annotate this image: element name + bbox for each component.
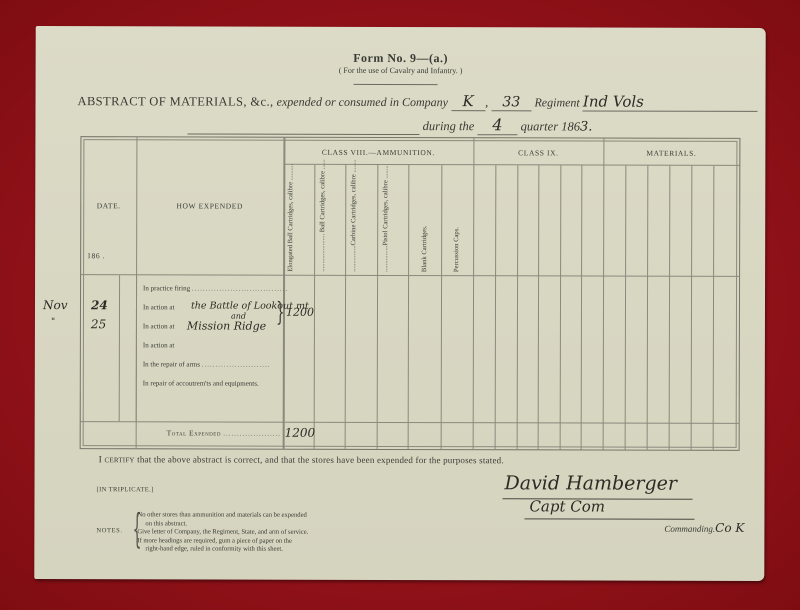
commanding-line: Commanding.Co K [664,521,744,535]
divider [408,165,410,449]
signature-title[interactable]: Capt Com [529,497,605,515]
row-action-1: In action at [143,303,175,311]
day-entry[interactable]: 24 [91,298,108,312]
day-entry[interactable]: 25 [91,317,106,331]
class-ix-header: CLASS IX. [473,148,603,157]
class-viii-header: CLASS VIII.—AMMUNITION. [283,148,473,157]
divider [119,275,120,421]
action-location-entry[interactable]: Mission Ridge [187,319,266,332]
percussion-caps-header: Percussion Caps. [452,168,464,272]
divider [473,138,475,449]
total-expended-value[interactable]: 1200 [285,426,316,440]
signature[interactable]: David Hamberger [505,472,678,494]
regiment-field[interactable]: Ind Vols [583,92,758,111]
quarter-label: quarter 186 [521,119,580,133]
notes-list: No other stores than ammunition and mate… [137,511,377,555]
divider [354,84,438,85]
divider [81,421,739,424]
total-expended-label: Total Expended ..................... [167,428,281,437]
divider [625,166,627,450]
row-practice-firing: In practice firing .....................… [143,284,288,292]
blank-cartridges-header: Blank Cartridges. [420,168,432,272]
divider [283,138,286,449]
divider [603,139,605,450]
divider [691,166,693,450]
divider [136,275,137,421]
form-document: Form No. 9—(a.) ( For the use of Cavalry… [34,26,765,581]
note-item: right-hand edge, ruled in conformity wit… [137,546,377,555]
ball-cartridges-header: ....................... Ball Cartridges,… [318,168,344,272]
company-field[interactable]: K [451,92,485,111]
divider [581,165,583,449]
commanding-label: Commanding. [664,524,715,534]
commanding-value[interactable]: Co K [715,521,744,535]
note-item: No other stores than ammunition and mate… [137,511,377,520]
divider [81,274,739,277]
materials-header: MATERIALS. [603,149,739,158]
regiment-number-field[interactable]: 33 [491,94,531,111]
note-item: Give letter of Company, the Regiment, St… [137,529,377,538]
divider [495,165,497,449]
month-entry[interactable]: Nov [43,298,68,312]
month-entry[interactable]: " [51,317,55,327]
date-header: DATE. [81,201,136,210]
divider [669,166,671,450]
year-field[interactable]: 3. [580,119,592,134]
row-action-2: In action at [143,322,175,330]
elongated-ball-amount[interactable]: 1200 [286,306,314,319]
triplicate-label: [IN TRIPLICATE.] [97,486,154,493]
divider [345,165,347,449]
brace-icon: } [276,298,284,328]
during-label: during the [423,119,475,133]
certification-statement: I certify that the above abstract is cor… [99,454,504,466]
divider [560,165,562,449]
materials-table: DATE. 186 . HOW EXPENDED CLASS VIII.—AMM… [80,136,741,451]
unit-field[interactable] [187,118,419,135]
divider [441,165,443,449]
divider [538,165,540,449]
row-repair-equipments: In repair of accoutrem'ts and equipments… [143,379,259,387]
quarter-line: during the 4 quarter 1863. [187,114,592,135]
notes-label: NOTES. [96,527,122,534]
pistol-cartridges-header: ................Pistol Cartridges, calib… [381,168,407,272]
form-subtitle: ( For the use of Cavalry and Infantry. ) [36,65,766,76]
divider [517,165,519,449]
divider [713,166,715,450]
date-year: 186 . [87,251,127,260]
divider [647,166,649,450]
quarter-field[interactable]: 4 [477,115,517,135]
signature-line [524,518,694,519]
elongated-ball-header: Elongated Ball Cartridges, calibre .....… [286,168,312,272]
form-title-line: ABSTRACT OF MATERIALS, &c., expended or … [78,91,758,112]
carbine-cartridges-header: ................Carbine Cartridges, cali… [349,168,375,272]
row-repair-arms: In the repair of arms ..................… [143,360,271,368]
form-title: ABSTRACT OF MATERIALS, &c., [78,94,274,109]
regiment-label: Regiment [534,95,579,109]
title-italic-text: expended or consumed in Company [277,95,448,109]
how-expended-header: HOW EXPENDED [136,201,283,210]
divider [377,165,379,449]
row-action-3: In action at [143,341,175,349]
